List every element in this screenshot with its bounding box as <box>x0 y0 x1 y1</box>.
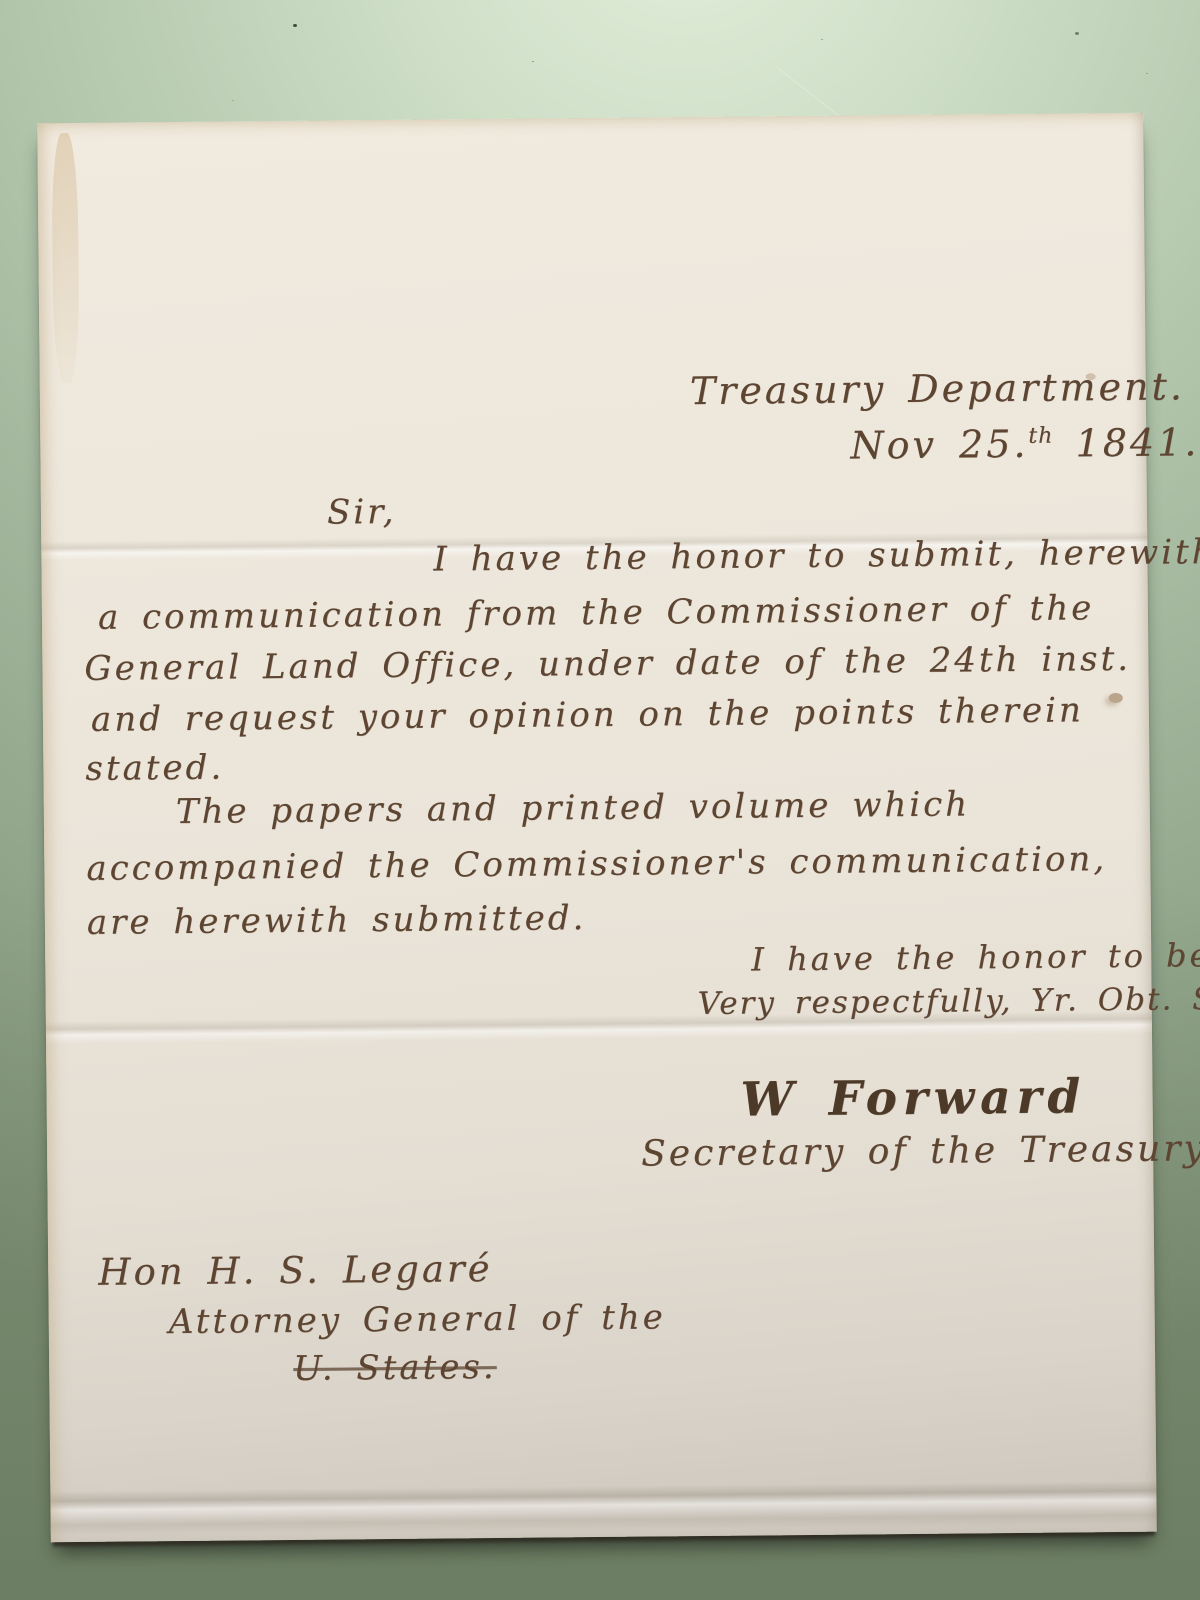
date-year: 1841. <box>1075 420 1199 465</box>
body-line: General Land Office, under date of the 2… <box>84 639 1131 689</box>
surface-debris-specks <box>293 24 297 27</box>
body-line: and request your opinion on the points t… <box>91 690 1084 740</box>
heading-office: Treasury Department. <box>690 364 1185 413</box>
body-line: accompanied the Commissioner's communica… <box>86 839 1107 889</box>
signature: W Forward <box>740 1069 1086 1127</box>
closing-line: Very respectfully, Yr. Obt. Servt. <box>698 980 1200 1022</box>
signature-title: Secretary of the Treasury. <box>641 1128 1200 1175</box>
heading-date: Nov 25.th 1841. <box>850 420 1199 467</box>
date-ordinal: th <box>1028 424 1053 449</box>
salutation: Sir, <box>327 492 397 533</box>
body-line: are herewith submitted. <box>87 898 587 943</box>
body-line: The papers and printed volume which <box>176 784 971 832</box>
body-line: a communication from the Commissioner of… <box>98 588 1095 638</box>
recipient-line: Attorney General of the <box>169 1297 666 1342</box>
body-line: stated. <box>85 748 224 789</box>
body-line: I have the honor to submit, herewith, <box>433 532 1200 580</box>
recipient-line: U. States. <box>293 1347 497 1389</box>
recipient-line: Hon H. S. Legaré <box>98 1247 493 1294</box>
paper-stain <box>51 133 79 383</box>
ink-blot <box>1109 693 1123 703</box>
date-day: Nov 25. <box>850 422 1029 468</box>
closing-line: I have the honor to be, <box>751 936 1200 979</box>
letter-paper: Treasury Department. Nov 25.th 1841. Sir… <box>37 113 1157 1543</box>
